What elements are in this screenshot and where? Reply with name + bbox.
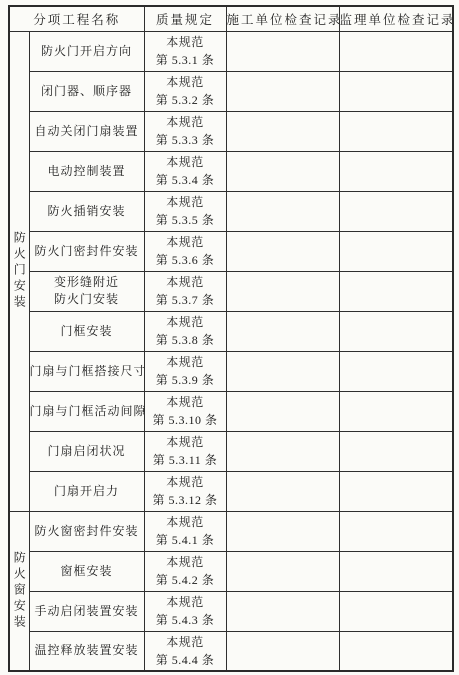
- item-name-cell: 防火门密封件安装: [29, 231, 144, 271]
- quality-regulation-line: 本规范: [145, 273, 226, 291]
- supervision-record-cell: [339, 391, 453, 431]
- table-row: 变形缝附近防火门安装本规范第 5.3.7 条: [9, 271, 453, 311]
- construction-record-cell: [226, 111, 339, 151]
- supervision-record-cell: [339, 471, 453, 511]
- item-name-line: 防火插销安装: [30, 203, 144, 220]
- quality-regulation-line: 本规范: [145, 473, 226, 491]
- supervision-record-cell: [339, 111, 453, 151]
- item-name-cell: 闭门器、顺序器: [29, 71, 144, 111]
- quality-regulation-line: 本规范: [145, 73, 226, 91]
- table-row: 手动启闭装置安装本规范第 5.4.3 条: [9, 591, 453, 631]
- supervision-record-cell: [339, 591, 453, 631]
- item-name-line: 门框安装: [30, 323, 144, 340]
- item-name-cell: 温控释放装置安装: [29, 631, 144, 671]
- item-name-line: 门扇启闭状况: [30, 443, 144, 460]
- table-row: 温控释放装置安装本规范第 5.4.4 条: [9, 631, 453, 671]
- construction-record-cell: [226, 431, 339, 471]
- inspection-record-table: 分项工程名称 质量规定 施工单位检查记录 监理单位检查记录 防火门安装防火门开启…: [8, 5, 454, 672]
- construction-record-cell: [226, 351, 339, 391]
- group-label-vertical-text: 防火窗安装: [10, 551, 28, 631]
- item-name-line: 门扇与门框搭接尺寸: [30, 363, 144, 380]
- supervision-record-cell: [339, 231, 453, 271]
- item-name-cell: 电动控制装置: [29, 151, 144, 191]
- construction-record-cell: [226, 391, 339, 431]
- quality-regulation-cell: 本规范第 5.3.6 条: [144, 231, 226, 271]
- construction-record-cell: [226, 471, 339, 511]
- item-name-line: 门扇与门框活动间隙: [30, 403, 144, 420]
- quality-regulation-cell: 本规范第 5.3.2 条: [144, 71, 226, 111]
- quality-regulation-line: 本规范: [145, 553, 226, 571]
- quality-regulation-line: 第 5.3.2 条: [145, 91, 226, 109]
- quality-regulation-line: 本规范: [145, 33, 226, 51]
- item-name-cell: 门扇与门框活动间隙: [29, 391, 144, 431]
- table-row: 闭门器、顺序器本规范第 5.3.2 条: [9, 71, 453, 111]
- header-quality-regulation: 质量规定: [144, 6, 226, 31]
- table-header-row: 分项工程名称 质量规定 施工单位检查记录 监理单位检查记录: [9, 6, 453, 31]
- item-name-cell: 门扇启闭状况: [29, 431, 144, 471]
- quality-regulation-line: 第 5.4.3 条: [145, 611, 226, 629]
- table-row: 防火门安装防火门开启方向本规范第 5.3.1 条: [9, 31, 453, 71]
- table-row: 门扇与门框搭接尺寸本规范第 5.3.9 条: [9, 351, 453, 391]
- quality-regulation-line: 第 5.3.6 条: [145, 251, 226, 269]
- table-row: 窗框安装本规范第 5.4.2 条: [9, 551, 453, 591]
- construction-record-cell: [226, 591, 339, 631]
- quality-regulation-line: 本规范: [145, 513, 226, 531]
- item-name-cell: 手动启闭装置安装: [29, 591, 144, 631]
- item-name-line: 防火窗密封件安装: [30, 523, 144, 540]
- table-row: 自动关闭门扇装置本规范第 5.3.3 条: [9, 111, 453, 151]
- quality-regulation-line: 本规范: [145, 433, 226, 451]
- quality-regulation-line: 第 5.3.5 条: [145, 211, 226, 229]
- quality-regulation-line: 第 5.3.3 条: [145, 131, 226, 149]
- quality-regulation-cell: 本规范第 5.3.12 条: [144, 471, 226, 511]
- item-name-line: 防火门安装: [30, 291, 144, 308]
- supervision-record-cell: [339, 271, 453, 311]
- construction-record-cell: [226, 151, 339, 191]
- supervision-record-cell: [339, 511, 453, 551]
- item-name-line: 闭门器、顺序器: [30, 83, 144, 100]
- item-name-line: 温控释放装置安装: [30, 642, 144, 659]
- group-label-cell: 防火窗安装: [9, 511, 29, 671]
- quality-regulation-line: 第 5.3.9 条: [145, 371, 226, 389]
- table-row: 门扇启闭状况本规范第 5.3.11 条: [9, 431, 453, 471]
- quality-regulation-line: 第 5.4.1 条: [145, 531, 226, 549]
- supervision-record-cell: [339, 71, 453, 111]
- quality-regulation-cell: 本规范第 5.4.4 条: [144, 631, 226, 671]
- quality-regulation-cell: 本规范第 5.3.5 条: [144, 191, 226, 231]
- quality-regulation-line: 本规范: [145, 153, 226, 171]
- quality-regulation-line: 第 5.3.11 条: [145, 451, 226, 469]
- table-row: 防火窗安装防火窗密封件安装本规范第 5.4.1 条: [9, 511, 453, 551]
- item-name-cell: 防火插销安装: [29, 191, 144, 231]
- construction-record-cell: [226, 191, 339, 231]
- item-name-cell: 自动关闭门扇装置: [29, 111, 144, 151]
- item-name-cell: 防火窗密封件安装: [29, 511, 144, 551]
- construction-record-cell: [226, 271, 339, 311]
- document-page: 分项工程名称 质量规定 施工单位检查记录 监理单位检查记录 防火门安装防火门开启…: [0, 0, 459, 675]
- item-name-cell: 门扇与门框搭接尺寸: [29, 351, 144, 391]
- quality-regulation-cell: 本规范第 5.4.3 条: [144, 591, 226, 631]
- group-label-vertical-text: 防火门安装: [10, 231, 28, 311]
- table-row: 门框安装本规范第 5.3.8 条: [9, 311, 453, 351]
- item-name-line: 电动控制装置: [30, 163, 144, 180]
- construction-record-cell: [226, 551, 339, 591]
- item-name-line: 防火门开启方向: [30, 43, 144, 60]
- table-row: 门扇开启力本规范第 5.3.12 条: [9, 471, 453, 511]
- quality-regulation-cell: 本规范第 5.3.10 条: [144, 391, 226, 431]
- table-row: 电动控制装置本规范第 5.3.4 条: [9, 151, 453, 191]
- quality-regulation-line: 本规范: [145, 313, 226, 331]
- quality-regulation-line: 本规范: [145, 353, 226, 371]
- header-construction-unit-record: 施工单位检查记录: [226, 6, 339, 31]
- quality-regulation-cell: 本规范第 5.3.1 条: [144, 31, 226, 71]
- item-name-line: 变形缝附近: [30, 274, 144, 291]
- construction-record-cell: [226, 311, 339, 351]
- quality-regulation-line: 第 5.3.4 条: [145, 171, 226, 189]
- quality-regulation-cell: 本规范第 5.3.8 条: [144, 311, 226, 351]
- construction-record-cell: [226, 31, 339, 71]
- construction-record-cell: [226, 631, 339, 671]
- header-supervision-unit-record: 监理单位检查记录: [339, 6, 453, 31]
- table-row: 门扇与门框活动间隙本规范第 5.3.10 条: [9, 391, 453, 431]
- table-row: 防火门密封件安装本规范第 5.3.6 条: [9, 231, 453, 271]
- quality-regulation-line: 第 5.3.8 条: [145, 331, 226, 349]
- quality-regulation-cell: 本规范第 5.4.1 条: [144, 511, 226, 551]
- quality-regulation-line: 本规范: [145, 233, 226, 251]
- item-name-line: 防火门密封件安装: [30, 243, 144, 260]
- supervision-record-cell: [339, 31, 453, 71]
- item-name-cell: 防火门开启方向: [29, 31, 144, 71]
- quality-regulation-cell: 本规范第 5.3.9 条: [144, 351, 226, 391]
- quality-regulation-cell: 本规范第 5.3.3 条: [144, 111, 226, 151]
- supervision-record-cell: [339, 311, 453, 351]
- quality-regulation-line: 第 5.4.4 条: [145, 651, 226, 669]
- construction-record-cell: [226, 511, 339, 551]
- item-name-line: 窗框安装: [30, 563, 144, 580]
- quality-regulation-line: 本规范: [145, 593, 226, 611]
- supervision-record-cell: [339, 631, 453, 671]
- quality-regulation-line: 本规范: [145, 393, 226, 411]
- item-name-line: 门扇开启力: [30, 483, 144, 500]
- quality-regulation-line: 本规范: [145, 113, 226, 131]
- item-name-cell: 窗框安装: [29, 551, 144, 591]
- supervision-record-cell: [339, 151, 453, 191]
- item-name-line: 自动关闭门扇装置: [30, 123, 144, 140]
- construction-record-cell: [226, 231, 339, 271]
- quality-regulation-cell: 本规范第 5.3.7 条: [144, 271, 226, 311]
- supervision-record-cell: [339, 191, 453, 231]
- supervision-record-cell: [339, 351, 453, 391]
- quality-regulation-line: 第 5.3.12 条: [145, 491, 226, 509]
- quality-regulation-line: 本规范: [145, 633, 226, 651]
- quality-regulation-line: 本规范: [145, 193, 226, 211]
- supervision-record-cell: [339, 551, 453, 591]
- item-name-line: 手动启闭装置安装: [30, 603, 144, 620]
- quality-regulation-line: 第 5.3.7 条: [145, 291, 226, 309]
- construction-record-cell: [226, 71, 339, 111]
- quality-regulation-cell: 本规范第 5.3.11 条: [144, 431, 226, 471]
- quality-regulation-cell: 本规范第 5.3.4 条: [144, 151, 226, 191]
- quality-regulation-line: 第 5.3.10 条: [145, 411, 226, 429]
- supervision-record-cell: [339, 431, 453, 471]
- header-subproject-name: 分项工程名称: [9, 6, 144, 31]
- item-name-cell: 变形缝附近防火门安装: [29, 271, 144, 311]
- table-row: 防火插销安装本规范第 5.3.5 条: [9, 191, 453, 231]
- group-label-cell: 防火门安装: [9, 31, 29, 511]
- quality-regulation-line: 第 5.3.1 条: [145, 51, 226, 69]
- quality-regulation-line: 第 5.4.2 条: [145, 571, 226, 589]
- item-name-cell: 门框安装: [29, 311, 144, 351]
- quality-regulation-cell: 本规范第 5.4.2 条: [144, 551, 226, 591]
- item-name-cell: 门扇开启力: [29, 471, 144, 511]
